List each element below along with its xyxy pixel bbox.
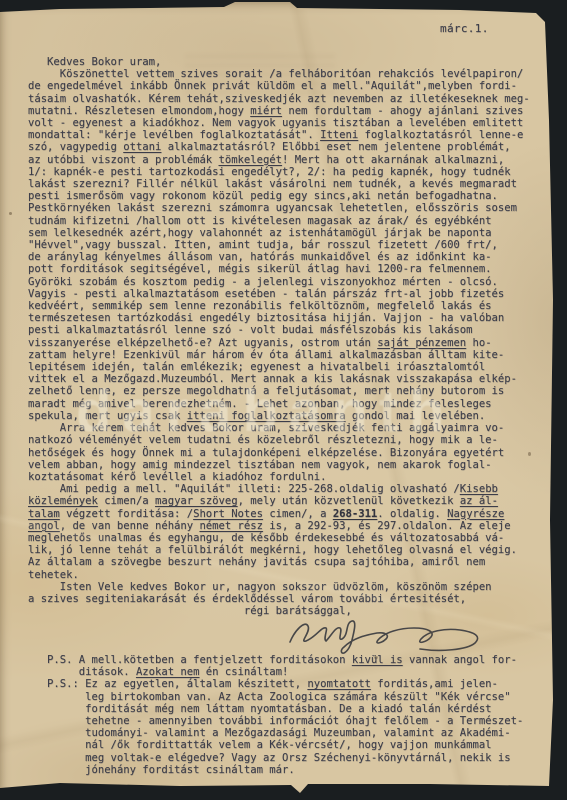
text-line: pesti ismerősöm vagy rokonom közül pedig… xyxy=(28,190,543,202)
text-line: kedvéért, semmikép sem lenne rezonábilis… xyxy=(28,300,543,312)
letter-date: márc.1. xyxy=(440,22,489,35)
text-line: tehetne - amennyiben további információt… xyxy=(28,715,543,727)
text-line: Györöki szobám és kosztom pedig - a jele… xyxy=(28,276,543,288)
paper-sheet: márc.1. Kedves Bokor uram, Köszönettel v… xyxy=(0,0,567,800)
text-line: hetőségek és hogy Önnek mi a tulajdonkép… xyxy=(28,447,543,459)
paper-speck xyxy=(9,212,12,215)
scanned-letter: márc.1. Kedves Bokor uram, Köszönettel v… xyxy=(0,0,567,800)
letter-body: Kedves Bokor uram, Köszönettel vettem sz… xyxy=(28,56,543,776)
text-line: tudományi- valamint a Mezőgazdasági Muze… xyxy=(28,727,543,739)
text-line: tehetek. xyxy=(28,569,543,581)
text-line: Köszönettel vettem szives sorait /a felh… xyxy=(28,68,543,80)
text-line: Isten Vele kedves Bokor ur, nagyon soksz… xyxy=(28,581,543,593)
text-line: velem abban, hogy amig mindezzel tisztáb… xyxy=(28,459,543,471)
text-line: meg voltak-e elégedve? Vagy az Orsz Széc… xyxy=(28,752,543,764)
text-line: 1/: kapnék-e pesti tartozkodási engedély… xyxy=(28,166,543,178)
text-line: tásaim olvashatók. Kérem tehát,szivesked… xyxy=(28,93,543,105)
text-line: "Hévvel",vagy busszal. Itten, amint tudj… xyxy=(28,239,543,251)
text-line: lakást szerezni? Fillér nélkül lakást vá… xyxy=(28,178,543,190)
text-line: mutatni. Részletesen elmondom,hogy miért… xyxy=(28,105,543,117)
text-line: Az általam a szövegbe beszurt nehány jav… xyxy=(28,556,543,568)
text-line: angol, de van benne néhány német rész is… xyxy=(28,520,543,532)
text-line: maradt még amivel berendezhetném. - Lehe… xyxy=(28,398,543,410)
text-line: meglehetős unalmas és egyhangu, de későb… xyxy=(28,532,543,544)
text-line: P.S.: Ez az egyetlen, általam készitett,… xyxy=(28,678,543,690)
text-line: szó, vagypedig ottani alkalmaztatásról? … xyxy=(28,141,543,153)
text-line: zelhető lenne, ez persze megoldhatná a f… xyxy=(28,385,543,397)
text-line: Arra kérem tehát kedves Bokor uram, sziv… xyxy=(28,422,543,434)
text-line: az utóbbi viszont a problémák tömkelegét… xyxy=(28,154,543,166)
text-line: pesti alkalmaztatásról lenne szó - volt … xyxy=(28,324,543,336)
text-line: natkozó véleményét velem tudatni és köze… xyxy=(28,434,543,446)
text-line: de engedelmével inkább Önnek privát küld… xyxy=(28,80,543,92)
text-line: de aránylag kényelmes állásom van, hatór… xyxy=(28,251,543,263)
text-line: Ami pedig a mell. "Aquilát" illeti: 225-… xyxy=(28,483,543,495)
text-line: visszanyerése elképzelhető-e? Azt ugyani… xyxy=(28,337,543,349)
text-line: spekula, mert ugyis csak itteni foglalko… xyxy=(28,410,543,422)
text-line: talam végzett forditása: /Short Notes ci… xyxy=(28,508,543,520)
text-line: koztatásomat kérő levéllel a kiadóhoz fo… xyxy=(28,471,543,483)
text-line: természetesen tartózkodási engedély bizt… xyxy=(28,312,543,324)
text-line: pott forditások segitségével, mégis sike… xyxy=(28,263,543,275)
text-line: vittek el a Mezőgazd.Muzeumból. Mert ann… xyxy=(28,373,543,385)
text-line: mondattal: "kérje levélben foglalkoztatá… xyxy=(28,129,543,141)
text-line: lepitésem idején, talán emlékezik; egyen… xyxy=(28,361,543,373)
text-line: sem lelkesednék azért,hogy valahonnét az… xyxy=(28,227,543,239)
signature-scrawl xyxy=(282,606,512,658)
text-line: tudnám kifizetni /hallom ott is kivétele… xyxy=(28,215,543,227)
text-line: Pestkörnyéken lakást szerezni számomra u… xyxy=(28,202,543,214)
text-line: nál /ők fordittatták velem a Kék-vércsét… xyxy=(28,739,543,751)
text-line: jónehány forditást csináltam már. xyxy=(28,764,543,776)
text-line: leg birtokomban van. Az Acta Zoologica s… xyxy=(28,691,543,703)
text-line: volt - egyenest a kiadókhoz. Nem vagyok … xyxy=(28,117,543,129)
text-line: Kedves Bokor uram, xyxy=(28,56,543,68)
text-line: lik, jó lenne tehát a felülbirálót megké… xyxy=(28,544,543,556)
text-line: a szives segiteniakarását és érdeklődéss… xyxy=(28,593,543,605)
text-line: forditását még nem láttam nyomtatásban. … xyxy=(28,703,543,715)
text-line: közlemények cimen/a magyar szöveg, mely … xyxy=(28,495,543,507)
text-line: zattam helyre! Ezenkivül már három év ót… xyxy=(28,349,543,361)
text-line: Vagyis - pesti alkalmaztatásom esetében … xyxy=(28,288,543,300)
text-line: ditások. Azokat nem én csináltam! xyxy=(28,666,543,678)
